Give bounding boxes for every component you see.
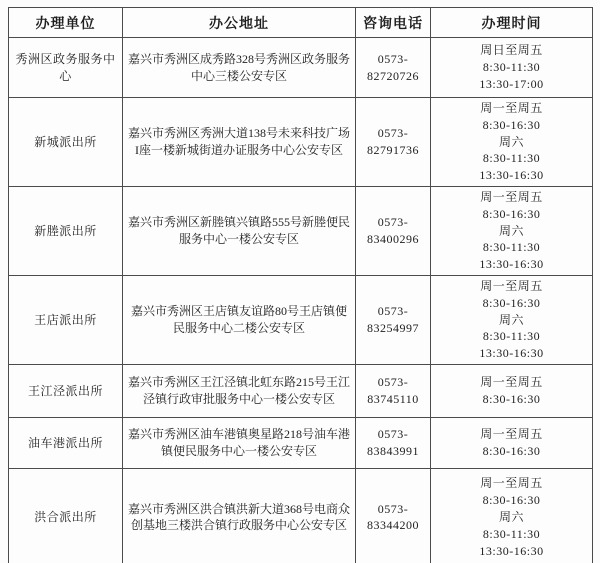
time-cell: 周日至周五 8:30-11:30 13:30-17:00 [431,38,593,98]
table-body: 秀洲区政务服务中心嘉兴市秀洲区成秀路328号秀洲区政务服务中心三楼公安专区057… [9,38,593,563]
time-cell: 周一至周五 8:30-16:30 [431,364,593,417]
unit-cell: 王店派出所 [9,275,123,364]
unit-cell: 新塍派出所 [9,186,123,275]
address-cell: 嘉兴市秀洲区王江泾镇北虹东路215号王江泾镇行政审批服务中心一楼公安专区 [123,364,356,417]
time-cell: 周一至周五 8:30-16:30 周六 8:30-11:30 13:30-16:… [431,186,593,275]
office-info-table: 办理单位办公地址咨询电话办理时间 秀洲区政务服务中心嘉兴市秀洲区成秀路328号秀… [8,7,593,563]
phone-cell: 0573- 83344200 [356,468,431,563]
address-cell: 嘉兴市秀洲区秀洲大道138号未来科技广场I座一楼新城街道办证服务中心公安专区 [123,98,356,187]
phone-cell: 0573- 83400296 [356,186,431,275]
unit-cell: 油车港派出所 [9,417,123,468]
unit-cell: 新城派出所 [9,98,123,187]
table-row: 油车港派出所嘉兴市秀洲区油车港镇奥星路218号油车港镇便民服务中心一楼公安专区0… [9,417,593,468]
time-cell: 周一至周五 8:30-16:30 [431,417,593,468]
phone-cell: 0573- 83843991 [356,417,431,468]
unit-cell: 王江泾派出所 [9,364,123,417]
phone-cell: 0573- 83745110 [356,364,431,417]
column-header: 办公地址 [123,8,356,38]
phone-cell: 0573- 82791736 [356,98,431,187]
address-cell: 嘉兴市秀洲区洪合镇洪新大道368号电商众创基地三楼洪合镇行政服务中心公安专区 [123,468,356,563]
table-row: 新城派出所嘉兴市秀洲区秀洲大道138号未来科技广场I座一楼新城街道办证服务中心公… [9,98,593,187]
time-cell: 周一至周五 8:30-16:30 周六 8:30-11:30 13:30-16:… [431,468,593,563]
unit-cell: 洪合派出所 [9,468,123,563]
header-row: 办理单位办公地址咨询电话办理时间 [9,8,593,38]
table-row: 新塍派出所嘉兴市秀洲区新塍镇兴镇路555号新塍便民服务中心一楼公安专区0573-… [9,186,593,275]
phone-cell: 0573- 82720726 [356,38,431,98]
time-cell: 周一至周五 8:30-16:30 周六 8:30-11:30 13:30-16:… [431,98,593,187]
address-cell: 嘉兴市秀洲区油车港镇奥星路218号油车港镇便民服务中心一楼公安专区 [123,417,356,468]
column-header: 咨询电话 [356,8,431,38]
column-header: 办理单位 [9,8,123,38]
table-row: 洪合派出所嘉兴市秀洲区洪合镇洪新大道368号电商众创基地三楼洪合镇行政服务中心公… [9,468,593,563]
column-header: 办理时间 [431,8,593,38]
unit-cell: 秀洲区政务服务中心 [9,38,123,98]
address-cell: 嘉兴市秀洲区新塍镇兴镇路555号新塍便民服务中心一楼公安专区 [123,186,356,275]
table-row: 秀洲区政务服务中心嘉兴市秀洲区成秀路328号秀洲区政务服务中心三楼公安专区057… [9,38,593,98]
time-cell: 周一至周五 8:30-16:30 周六 8:30-11:30 13:30-16:… [431,275,593,364]
table-row: 王江泾派出所嘉兴市秀洲区王江泾镇北虹东路215号王江泾镇行政审批服务中心一楼公安… [9,364,593,417]
table-row: 王店派出所嘉兴市秀洲区王店镇友谊路80号王店镇便民服务中心二楼公安专区0573-… [9,275,593,364]
address-cell: 嘉兴市秀洲区成秀路328号秀洲区政务服务中心三楼公安专区 [123,38,356,98]
page: 办理单位办公地址咨询电话办理时间 秀洲区政务服务中心嘉兴市秀洲区成秀路328号秀… [0,0,600,563]
address-cell: 嘉兴市秀洲区王店镇友谊路80号王店镇便民服务中心二楼公安专区 [123,275,356,364]
phone-cell: 0573- 83254997 [356,275,431,364]
